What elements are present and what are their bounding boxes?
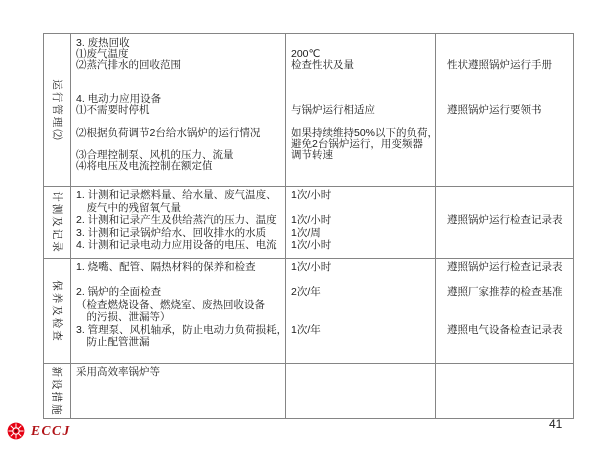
text-line [447, 83, 571, 94]
text-line: 4. 计测和记录电动力应用设备的电压、电流 [76, 239, 283, 252]
text-line: 检查性状及量 [291, 60, 433, 71]
text-line: 1次/年 [291, 324, 433, 337]
row-header-label: 新设措施 [50, 366, 65, 416]
text-line: 1. 计测和记录燃料量、给水量、废气温度、 [76, 189, 283, 202]
text-line [291, 83, 433, 94]
text-line: 遵照厂家推荐的检查基准 [447, 286, 571, 299]
text-line: 性状遵照锅炉运行手册 [447, 60, 571, 71]
text-line: 废气中的残留氧气量 [76, 202, 283, 215]
text-line [447, 299, 571, 312]
text-line [291, 311, 433, 324]
text-line: 1. 烧嘴、配管、隔热材料的保养和检查 [76, 261, 283, 274]
row-header-operation-management: 运行管理⑵ [44, 34, 71, 187]
eccj-logo: ECCJ [7, 422, 71, 440]
text-line: ⑷将电压及电流控制在额定值 [76, 161, 283, 172]
text-line: （检查燃烧设备、燃烧室、废热回收设备 [76, 299, 283, 312]
text-line [447, 189, 571, 202]
cell-items: 3. 废热回收⑴废气温度⑵蒸汽排水的回收范围 4. 电动力应用设备⑴不需要时停机… [71, 34, 286, 187]
cell-reference: 遵照锅炉运行检查记录表 遵照厂家推荐的检查基准 遵照电气设备检查记录表 [436, 259, 574, 364]
text-line: 1次/小时 [291, 214, 433, 227]
eccj-logo-text: ECCJ [31, 423, 71, 439]
text-line: 1次/周 [291, 227, 433, 240]
text-line: 1次/小时 [291, 261, 433, 274]
cell-frequency: 1次/小时 2次/年 1次/年 [286, 259, 436, 364]
cell-reference: 性状遵照锅炉运行手册 遵照锅炉运行要领书 [436, 34, 574, 187]
row-header-maintenance-inspection: 保养及检查 [44, 259, 71, 364]
text-line: ⑴不需要时停机 [76, 105, 283, 116]
cell-reference [436, 364, 574, 419]
text-line: 3. 计测和记录锅炉给水、回收排水的水质 [76, 227, 283, 240]
cell-reference: 遵照锅炉运行检查记录表 [436, 187, 574, 259]
eccj-sun-icon [7, 422, 25, 440]
text-line: 1次/小时 [291, 189, 433, 202]
text-line: 遵照锅炉运行要领书 [447, 105, 571, 116]
checklist-table: 运行管理⑵ 3. 废热回收⑴废气温度⑵蒸汽排水的回收范围 4. 电动力应用设备⑴… [43, 33, 574, 419]
text-line [291, 72, 433, 83]
cell-items: 1. 计测和记录燃料量、给水量、废气温度、 废气中的残留氧气量2. 计测和记录产… [71, 187, 286, 259]
cell-frequency: 1次/小时 1次/小时1次/周1次/小时 [286, 187, 436, 259]
text-line [291, 202, 433, 215]
text-line: ⑵根据负荷调节2台给水锅炉的运行情况 [76, 128, 283, 139]
text-line [76, 72, 283, 83]
cell-frequency [286, 364, 436, 419]
text-line [447, 311, 571, 324]
text-line [291, 116, 433, 127]
cell-items: 采用高效率锅炉等 [71, 364, 286, 419]
text-line: 的污损、泄漏等） [76, 311, 283, 324]
text-line: 2. 计测和记录产生及供给蒸汽的压力、温度 [76, 214, 283, 227]
row-header-measure-record: 计测及记录 [44, 187, 71, 259]
text-line: 与锅炉运行相适应 [291, 105, 433, 116]
text-line [447, 274, 571, 287]
text-line: 遵照锅炉运行检查记录表 [447, 214, 571, 227]
cell-frequency: 200℃检查性状及量 与锅炉运行相适应 如果持续维持50%以下的负荷，避免2台锅… [286, 34, 436, 187]
text-line: 3. 管理泵、风机轴承，防止电动力负荷损耗， [76, 324, 283, 337]
text-line: ⑵蒸汽排水的回收范围 [76, 60, 283, 71]
text-line [291, 274, 433, 287]
text-line: 2次/年 [291, 286, 433, 299]
text-line: 采用高效率锅炉等 [76, 366, 283, 379]
text-line [447, 38, 571, 49]
text-line: 防止配管泄漏 [76, 336, 283, 349]
cell-items: 1. 烧嘴、配管、隔热材料的保养和检查 2. 锅炉的全面检查（检查燃烧设备、燃烧… [71, 259, 286, 364]
page-number: 41 [549, 417, 562, 431]
row-header-label: 保养及检查 [50, 280, 65, 343]
row-header-label: 运行管理⑵ [50, 79, 65, 142]
row-header-new-installation-measures: 新设措施 [44, 364, 71, 419]
text-line: 遵照锅炉运行检查记录表 [447, 261, 571, 274]
text-line [291, 299, 433, 312]
text-line: 调节转速 [291, 150, 433, 161]
text-line [76, 116, 283, 127]
text-line: 1次/小时 [291, 239, 433, 252]
text-line: 2. 锅炉的全面检查 [76, 286, 283, 299]
text-line: 遵照电气设备检查记录表 [447, 324, 571, 337]
text-line [76, 274, 283, 287]
text-line [447, 72, 571, 83]
text-line [447, 202, 571, 215]
row-header-label: 计测及记录 [50, 191, 65, 254]
